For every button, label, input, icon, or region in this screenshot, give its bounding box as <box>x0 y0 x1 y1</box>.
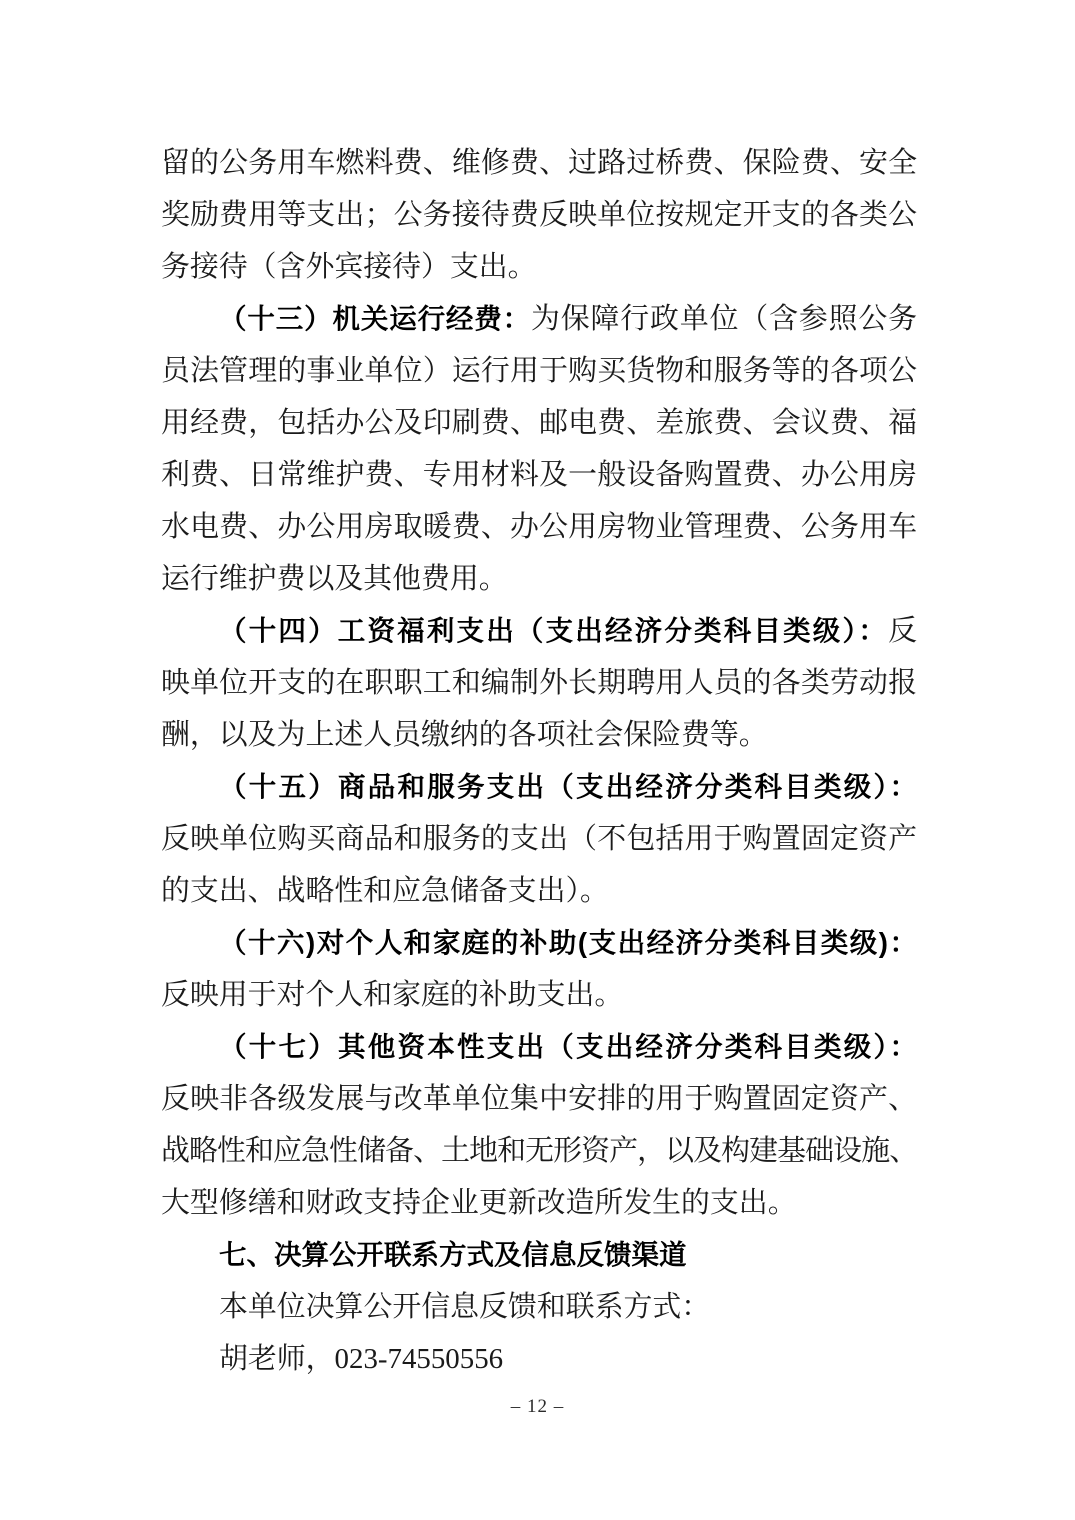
text-line: 战略性和应急性储备、土地和无形资产，以及构建基础设施、 <box>161 1125 917 1177</box>
heading-text: 七、决算公开联系方式及信息反馈渠道 <box>219 1239 687 1270</box>
page-footer: – 12 – <box>0 1396 1075 1418</box>
text-line: 水电费、办公用房取暖费、办公用房物业管理费、公务用车 <box>161 501 917 553</box>
body-text: 的支出、战略性和应急储备支出）。 <box>161 875 609 907</box>
body-text: 反映用于对个人和家庭的补助支出。 <box>161 979 623 1011</box>
text-line: 员法管理的事业单位）运行用于购买货物和服务等的各项公 <box>161 345 917 397</box>
heading-text: （十三）机关运行经费： <box>219 303 531 334</box>
text-line: 奖励费用等支出；公务接待费反映单位按规定开支的各类公 <box>161 189 917 241</box>
heading-text: （十五）商品和服务支出（支出经济分类科目类级）： <box>219 771 917 802</box>
text-line: 酬，以及为上述人员缴纳的各项社会保险费等。 <box>161 709 917 761</box>
body-text: 为保障行政单位（含参照公务 <box>531 303 917 335</box>
body-text: 大型修缮和财政支持企业更新改造所发生的支出。 <box>161 1187 797 1219</box>
document-page: 留的公务用车燃料费、维修费、过路过桥费、保险费、安全奖励费用等支出；公务接待费反… <box>0 0 1075 1520</box>
text-line: 留的公务用车燃料费、维修费、过路过桥费、保险费、安全 <box>161 137 917 189</box>
text-line: 务接待（含外宾接待）支出。 <box>161 241 917 293</box>
text-line: 七、决算公开联系方式及信息反馈渠道 <box>161 1229 917 1281</box>
heading-text: （十七）其他资本性支出（支出经济分类科目类级）： <box>219 1031 917 1062</box>
text-line: 用经费，包括办公及印刷费、邮电费、差旅费、会议费、福 <box>161 397 917 449</box>
body-text: 酬，以及为上述人员缴纳的各项社会保险费等。 <box>161 719 768 751</box>
body-text: 务接待（含外宾接待）支出。 <box>161 251 537 283</box>
body-text: 用经费，包括办公及印刷费、邮电费、差旅费、会议费、福 <box>161 407 917 439</box>
body-text: 奖励费用等支出；公务接待费反映单位按规定开支的各类公 <box>161 199 917 231</box>
document-body: 留的公务用车燃料费、维修费、过路过桥费、保险费、安全奖励费用等支出；公务接待费反… <box>161 137 917 1385</box>
body-text: 运行维护费以及其他费用。 <box>161 563 508 595</box>
body-text: 反 <box>888 615 917 647</box>
text-line: （十四）工资福利支出（支出经济分类科目类级）：反 <box>161 605 917 657</box>
body-text: 员法管理的事业单位）运行用于购买货物和服务等的各项公 <box>161 355 917 387</box>
text-line: 反映用于对个人和家庭的补助支出。 <box>161 969 917 1021</box>
text-line: 映单位开支的在职职工和编制外长期聘用人员的各类劳动报 <box>161 657 917 709</box>
text-line: 运行维护费以及其他费用。 <box>161 553 917 605</box>
text-line: 反映非各级发展与改革单位集中安排的用于购置固定资产、 <box>161 1073 917 1125</box>
body-text: 留的公务用车燃料费、维修费、过路过桥费、保险费、安全 <box>161 147 917 179</box>
text-line: 的支出、战略性和应急储备支出）。 <box>161 865 917 917</box>
heading-text: （十六)对个人和家庭的补助(支出经济分类科目类级)： <box>219 927 917 958</box>
text-line: 利费、日常维护费、专用材料及一般设备购置费、办公用房 <box>161 449 917 501</box>
body-text: 水电费、办公用房取暖费、办公用房物业管理费、公务用车 <box>161 511 917 543</box>
text-line: 反映单位购买商品和服务的支出（不包括用于购置固定资产 <box>161 813 917 865</box>
body-text: 战略性和应急性储备、土地和无形资产，以及构建基础设施、 <box>161 1135 917 1167</box>
body-text: 映单位开支的在职职工和编制外长期聘用人员的各类劳动报 <box>161 667 917 699</box>
heading-text: （十四）工资福利支出（支出经济分类科目类级）： <box>219 615 888 646</box>
body-text: 反映单位购买商品和服务的支出（不包括用于购置固定资产 <box>161 823 917 855</box>
text-line: （十七）其他资本性支出（支出经济分类科目类级）： <box>161 1021 917 1073</box>
body-text: 反映非各级发展与改革单位集中安排的用于购置固定资产、 <box>161 1083 917 1115</box>
text-line: 胡老师，023-74550556 <box>161 1333 917 1385</box>
text-line: （十五）商品和服务支出（支出经济分类科目类级）： <box>161 761 917 813</box>
page-number: – 12 – <box>511 1396 565 1417</box>
body-text: 本单位决算公开信息反馈和联系方式： <box>219 1291 710 1323</box>
text-line: （十六)对个人和家庭的补助(支出经济分类科目类级)： <box>161 917 917 969</box>
text-line: 本单位决算公开信息反馈和联系方式： <box>161 1281 917 1333</box>
text-line: （十三）机关运行经费：为保障行政单位（含参照公务 <box>161 293 917 345</box>
text-line: 大型修缮和财政支持企业更新改造所发生的支出。 <box>161 1177 917 1229</box>
body-text: 利费、日常维护费、专用材料及一般设备购置费、办公用房 <box>161 459 917 491</box>
body-text: 胡老师，023-74550556 <box>219 1343 503 1375</box>
